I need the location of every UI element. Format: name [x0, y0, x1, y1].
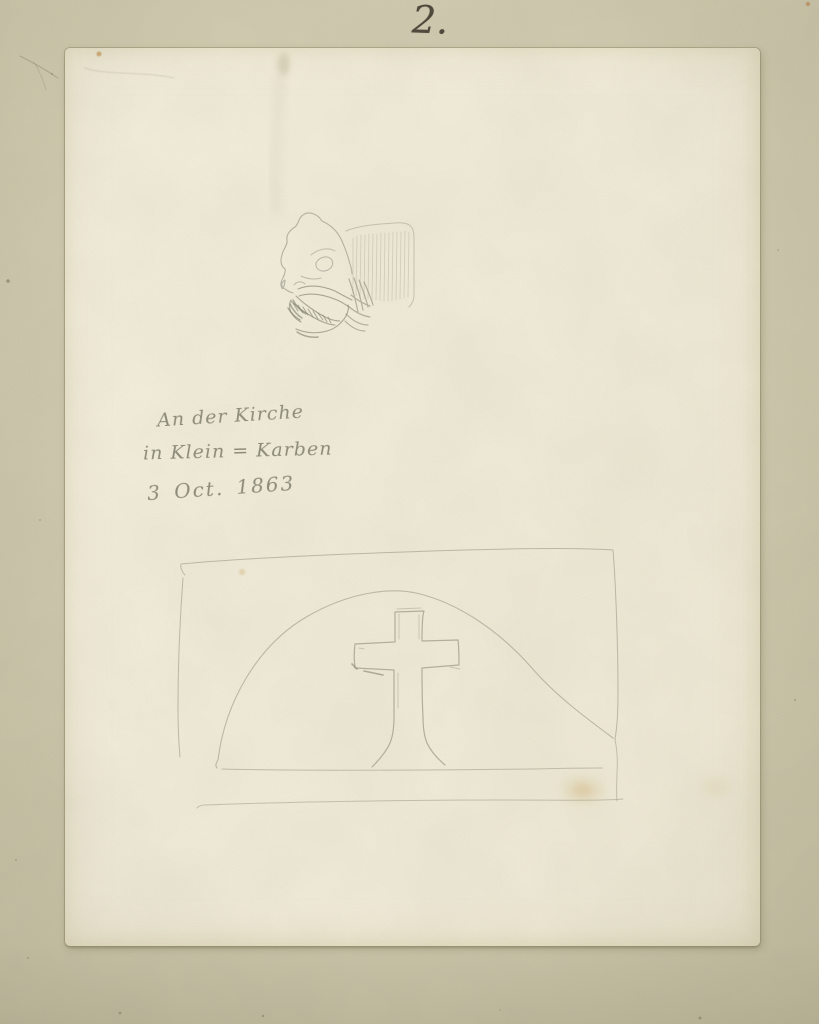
- cross-double-lines: [359, 608, 460, 708]
- cross-outline: [354, 611, 459, 767]
- slab-outline: [178, 549, 618, 758]
- stone-block-hatching: [353, 231, 409, 301]
- brow-line: [311, 249, 335, 255]
- base-strip-line: [197, 799, 623, 808]
- eye: [316, 257, 333, 271]
- slab-right-edge: [615, 739, 617, 801]
- grotesque-head-sketch: [281, 213, 414, 337]
- jaw-shading: [345, 278, 373, 331]
- arch-line: [216, 591, 613, 768]
- mount-fibers: [20, 56, 58, 90]
- page-number: 2.: [411, 0, 449, 39]
- scanned-album-page: 2.: [0, 0, 819, 1024]
- stain: [574, 784, 592, 796]
- drawing-sheet: An der Kirche in Klein = Karben 3 Oct. 1…: [65, 48, 760, 946]
- stain-speck: [97, 52, 102, 57]
- stain: [702, 778, 728, 796]
- head-outline: [281, 213, 352, 293]
- nostril: [294, 276, 321, 285]
- stain-speck: [239, 569, 245, 575]
- slab-bottom-line: [222, 768, 602, 770]
- water-streak: [275, 58, 283, 214]
- cross-relief-sketch: [178, 549, 623, 809]
- crease-line: [84, 68, 174, 78]
